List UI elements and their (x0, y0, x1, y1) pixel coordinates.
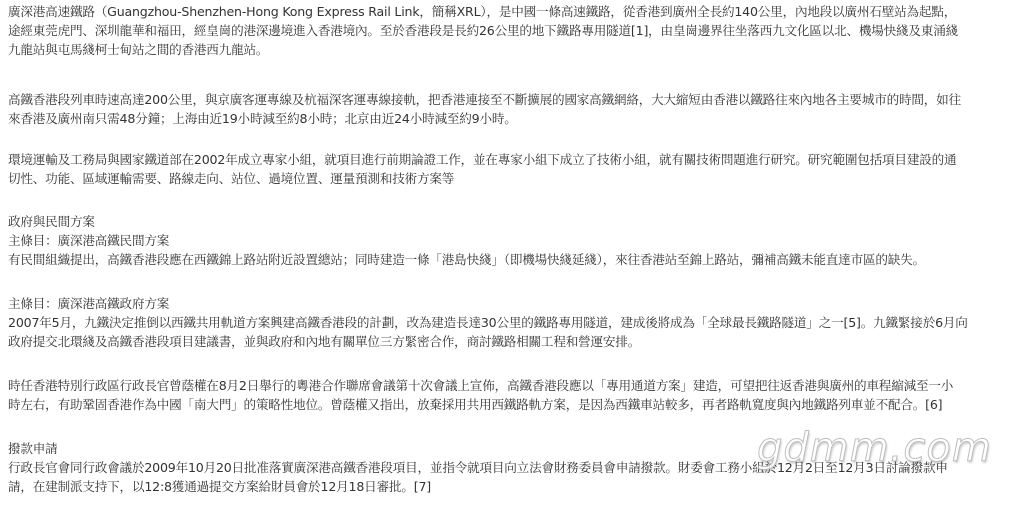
text-line: 時左右，有助鞏固香港作為中國「南大門」的策略性地位。曾蔭權又指出，放棄採用共用西… (8, 395, 953, 414)
intro-paragraph: 廣深港高速鐵路（Guangzhou-Shenzhen-Hong Kong Exp… (8, 2, 958, 59)
section-heading: 政府與民間方案 (8, 212, 925, 231)
main-article-link: 主條目：廣深港高鐵民間方案 (8, 231, 925, 250)
text-line: 途經東莞虎門、深圳龍華和福田，經皇崗的港深邊境進入香港境內。至於香港段是長約26… (8, 21, 958, 40)
text-line: 高鐵香港段列車時速高達200公里，與京廣客運專線及杭福深客運專線接軌，把香港連接… (8, 90, 961, 109)
text-line: 政府提交北環綫及高鐵香港段項目建議書，並與政府和內地有關單位三方緊密合作，商討鐵… (8, 332, 968, 351)
study-paragraph: 環境運輸及工務局與國家鐵道部在2002年成立專家小組，就項目進行前期論證工作，並… (8, 150, 956, 188)
speed-paragraph: 高鐵香港段列車時速高達200公里，與京廣客運專線及杭福深客運專線接軌，把香港連接… (8, 90, 961, 128)
watermark-logo: gdmm.com (757, 428, 992, 468)
text-line: 廣深港高速鐵路（Guangzhou-Shenzhen-Hong Kong Exp… (8, 2, 958, 21)
text-line: 時任香港特別行政區行政長官曾蔭權在8月2日舉行的粵港合作聯席會議第十次會議上宣佈… (8, 376, 953, 395)
text-line: 請，在建制派支持下，以12:8獲通過提交方案給財員會於12月18日審批。[7] (8, 477, 948, 496)
gov-plan-section: 主條目：廣深港高鐵政府方案 2007年5月，九鐵決定推倒以西鐵共用軌道方案興建高… (8, 294, 968, 351)
text-line: 有民間組織提出，高鐵香港段應在西鐵錦上路站附近設置總站；同時建造一條「港島快綫」… (8, 250, 925, 269)
text-line: 環境運輸及工務局與國家鐵道部在2002年成立專家小組，就項目進行前期論證工作，並… (8, 150, 956, 169)
text-line: 來香港及廣州南只需48分鐘；上海由近19小時減至約8小時；北京由近24小時減至約… (8, 109, 961, 128)
text-line: 九龍站與屯馬綫柯士甸站之間的香港西九龍站。 (8, 40, 958, 59)
announcement-paragraph: 時任香港特別行政區行政長官曾蔭權在8月2日舉行的粵港合作聯席會議第十次會議上宣佈… (8, 376, 953, 414)
text-line: 2007年5月，九鐵決定推倒以西鐵共用軌道方案興建高鐵香港段的計劃，改為建造長達… (8, 313, 968, 332)
civil-plan-section: 政府與民間方案 主條目：廣深港高鐵民間方案 有民間組織提出，高鐵香港段應在西鐵錦… (8, 212, 925, 269)
text-line: 切性、功能、區域運輸需要、路線走向、站位、過境位置、運量預測和技術方案等 (8, 169, 956, 188)
main-article-link: 主條目：廣深港高鐵政府方案 (8, 294, 968, 313)
